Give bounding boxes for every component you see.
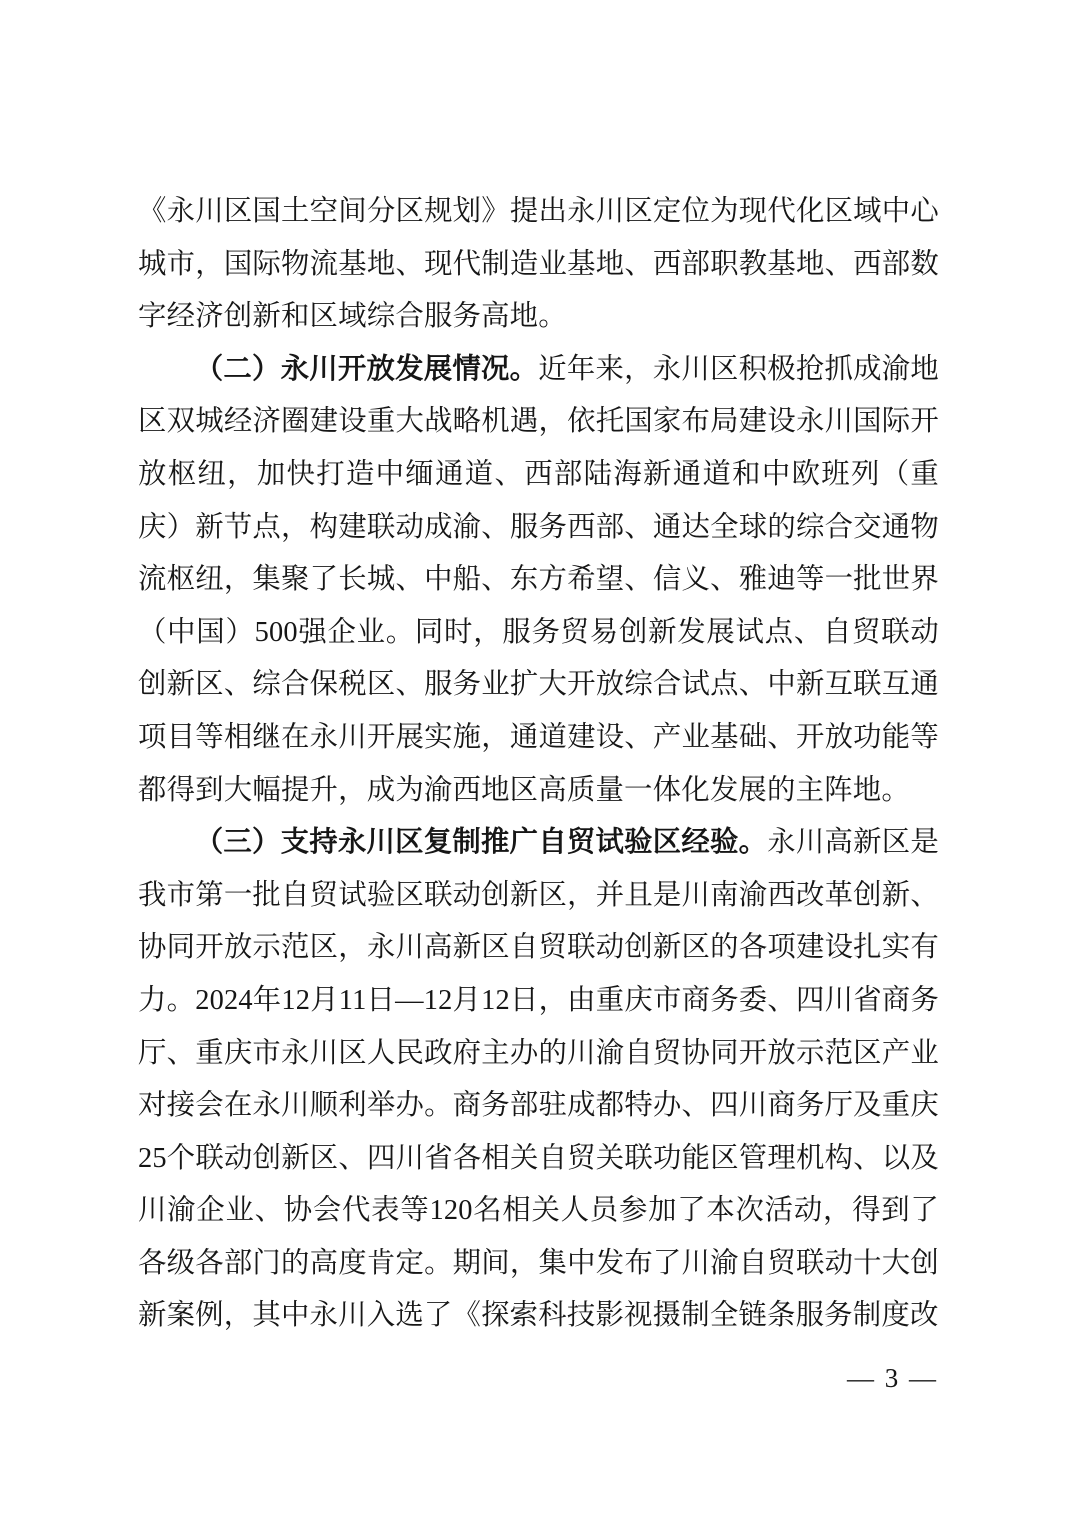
body-text: 《永川区国土空间分区规划》提出永川区定位为现代化区域中心城市，国际物流基地、现代… [138,196,939,332]
section-heading: （二）永川开放发展情况。 [195,354,539,385]
paragraph: （二）永川开放发展情况。近年来，永川区积极抢抓成渝地区双城经济圈建设重大战略机遇… [138,344,939,817]
body-text: 近年来，永川区积极抢抓成渝地区双城经济圈建设重大战略机遇，依托国家布局建设永川国… [138,354,939,806]
paragraph: （三）支持永川区复制推广自贸试验区经验。永川高新区是我市第一批自贸试验区联动创新… [138,817,939,1343]
document-page: 《永川区国土空间分区规划》提出永川区定位为现代化区域中心城市，国际物流基地、现代… [0,0,1074,1520]
document-body: 《永川区国土空间分区规划》提出永川区定位为现代化区域中心城市，国际物流基地、现代… [138,186,939,1343]
section-heading: （三）支持永川区复制推广自贸试验区经验。 [195,827,767,858]
paragraph: 《永川区国土空间分区规划》提出永川区定位为现代化区域中心城市，国际物流基地、现代… [138,186,939,344]
page-number: — 3 — [847,1360,938,1396]
body-text: 永川高新区是我市第一批自贸试验区联动创新区，并且是川南渝西改革创新、协同开放示范… [138,827,939,1331]
